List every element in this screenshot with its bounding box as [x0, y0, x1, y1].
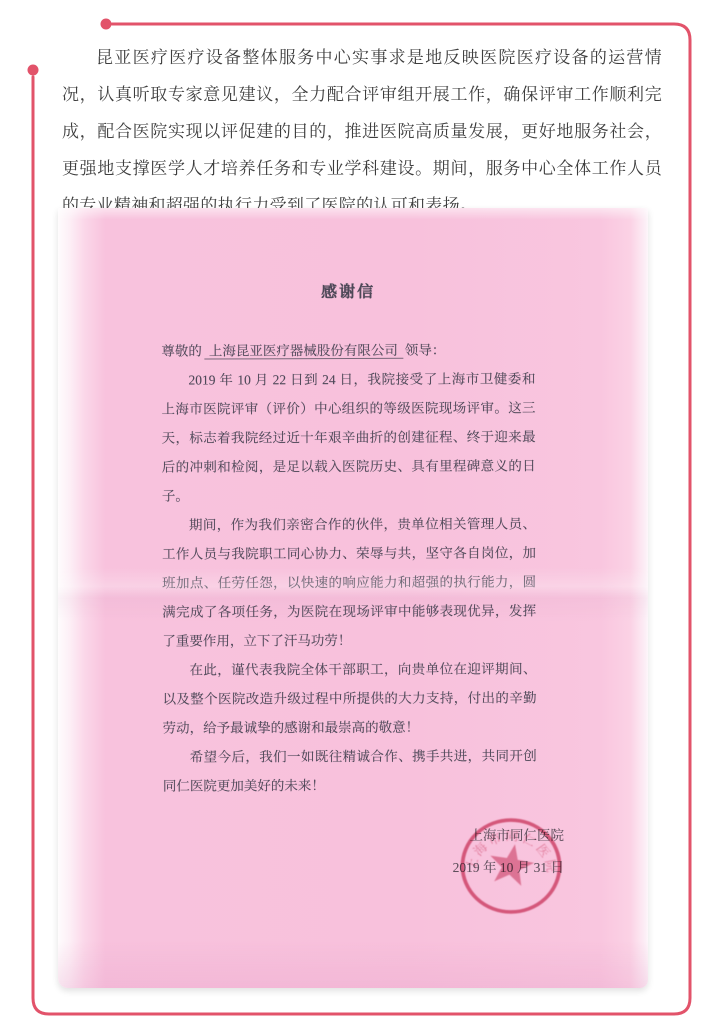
- thank-you-letter-scan[interactable]: 感谢信 尊敬的上海昆亚医疗器械股份有限公司领导： 2019 年 10 月 22 …: [58, 208, 648, 988]
- letter-paragraph-4: 希望今后，我们一如既往精诚合作、携手共进，共同开创同仁医院更加美好的未来！: [163, 741, 537, 800]
- frame-dot-left-icon: [28, 65, 39, 76]
- letter-paragraph-1: 2019 年 10 月 22 日到 24 日，我院接受了上海市卫健委和上海市医院…: [161, 364, 536, 510]
- letter-content: 感谢信 尊敬的上海昆亚医疗器械股份有限公司领导： 2019 年 10 月 22 …: [161, 279, 537, 800]
- intro-paragraph: 昆亚医疗医疗设备整体服务中心实事求是地反映医院医疗设备的运营情况，认真听取专家意…: [62, 39, 662, 224]
- letter-title: 感谢信: [161, 279, 535, 306]
- letter-greeting: 尊敬的上海昆亚医疗器械股份有限公司领导：: [161, 335, 535, 365]
- frame-dot-top-icon: [101, 19, 112, 30]
- greeting-suffix: 领导：: [405, 343, 446, 358]
- greeting-prefix: 尊敬的: [161, 344, 202, 359]
- letter-paragraph-3: 在此，谨代表我院全体干部职工，向贵单位在迎评期间、以及整个医院改造升级过程中所提…: [162, 654, 536, 742]
- recipient-company: 上海昆亚医疗器械股份有限公司: [204, 343, 403, 360]
- official-stamp: 上海市同仁医院: [455, 813, 567, 919]
- star-icon: [490, 844, 534, 886]
- letter-paragraph-2: 期间，作为我们亲密合作的伙伴，贵单位相关管理人员、工作人员与我院职工同心协力、荣…: [162, 509, 537, 655]
